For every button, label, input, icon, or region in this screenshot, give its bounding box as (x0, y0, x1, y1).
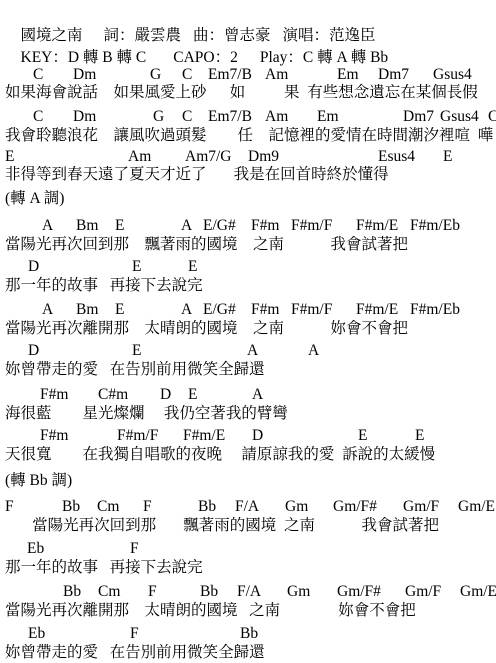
chord: A (181, 301, 192, 319)
chord: F#m (251, 217, 279, 235)
section-marker: (轉 A 調) (5, 190, 64, 208)
chord: Bm (76, 217, 98, 235)
chord: Bb (198, 498, 216, 516)
chord: E/G# (203, 301, 236, 319)
chord: F#m (40, 386, 68, 404)
lyric-line: 那一年的故事 再接下去說完 (5, 277, 203, 295)
chord: E (188, 258, 197, 276)
chord: Em (317, 108, 339, 126)
lyric-line: 如果海會說話 如果風愛上砂 如 果 有些想念遺忘在某個長假 (5, 84, 478, 102)
chord-line: ABmEAE/G#F#mF#m/FF#m/EF#m/Eb (0, 301, 496, 319)
chord: Am (128, 148, 151, 166)
chord: E (358, 427, 367, 445)
chord-line: F#mF#m/FF#m/EDEE (0, 427, 496, 445)
chord-line: EbFBb (0, 625, 496, 643)
chord: F (130, 625, 139, 643)
chord: Dm7 (378, 66, 409, 84)
chord: E (115, 301, 124, 319)
chord: F#m (251, 301, 279, 319)
chord: E (188, 386, 197, 404)
chord: Dm7 (403, 108, 434, 126)
chord: E (5, 148, 14, 166)
lyric-line: 當陽光再次離開那 太晴朗的國境 之南 妳會不會把 (5, 320, 408, 338)
chord: Gm/F# (333, 498, 377, 516)
play-info: Play：C 轉 A 轉 Bb (260, 49, 388, 66)
chord: Gsus4 (440, 108, 479, 126)
chord: F#m/F (117, 427, 158, 445)
chord: Dm9 (248, 148, 279, 166)
chord-line: CDmGCEm7/BAmEmDm7Gsus4C (0, 108, 496, 126)
chord: Gm (285, 498, 308, 516)
chord: C (33, 108, 43, 126)
chord: E (443, 148, 452, 166)
chord-line: FBbCmFBbF/AGmGm/F#Gm/FGm/E (0, 498, 496, 516)
chord-line: ABmEAE/G#F#mF#m/FF#m/EF#m/Eb (0, 217, 496, 235)
chord: Eb (28, 625, 45, 643)
chord: D (28, 258, 39, 276)
chord: C#m (98, 386, 128, 404)
chord: Bb (63, 583, 81, 601)
chord: D (28, 342, 39, 360)
chord-line: BbCmFBbF/AGmGm/F#Gm/FGm/E (0, 583, 496, 601)
chord: G (150, 66, 161, 84)
chord: A (181, 217, 192, 235)
lyric-line: 那一年的故事 再接下去說完 (5, 559, 203, 577)
chord: C (182, 66, 192, 84)
chord: C (33, 66, 43, 84)
chord: F#m/Eb (410, 217, 460, 235)
chord: F/A (235, 498, 259, 516)
chord: Dm (73, 108, 96, 126)
chord: F (5, 498, 14, 516)
chord: Gm (287, 583, 310, 601)
chord: Gm/E (458, 498, 495, 516)
key-info: KEY：D 轉 B 轉 C (21, 49, 147, 66)
chord: F#m/F (291, 217, 332, 235)
chord: E (132, 258, 141, 276)
lyric-line: 當陽光再次離開那 太晴朗的國境 之南 妳會不會把 (5, 602, 416, 620)
chord: A (42, 217, 53, 235)
section-marker: (轉 Bb 調) (5, 472, 72, 490)
chord: Gm/F# (337, 583, 381, 601)
chord: C (182, 108, 192, 126)
chord: Bb (240, 625, 258, 643)
chord-line: EAmAm7/GDm9Esus4E (0, 148, 496, 166)
chord: F (148, 583, 157, 601)
chord: Gm/E (460, 583, 496, 601)
chord: Cm (98, 583, 120, 601)
chord-line: DEAA (0, 342, 496, 360)
chord: A (247, 342, 258, 360)
chord-line: CDmGCEm7/BAmEmDm7Gsus4 (0, 66, 496, 84)
chord: Dm (73, 66, 96, 84)
chord: A (308, 342, 319, 360)
lyric-line: 當陽光再次回到那 飄著雨的國境 之南 我會試著把 (5, 236, 408, 254)
chord: Gm/F (403, 498, 439, 516)
chord-line: DEE (0, 258, 496, 276)
chord-sheet: 國境之南詞：嚴雲農曲：曾志豪演唱：范逸臣 KEY：D 轉 B 轉 CCAPO：2… (0, 0, 496, 663)
chord: Cm (97, 498, 119, 516)
chord: F (130, 540, 139, 558)
chord: E (115, 217, 124, 235)
chord: F#m/Eb (410, 301, 460, 319)
chord: G (153, 108, 164, 126)
chord: Am (265, 108, 288, 126)
chord: F (143, 498, 152, 516)
lyric-line: 妳曾帶走的愛 在告別前用微笑全歸還 (5, 361, 265, 379)
lyric-line: 我會聆聽浪花 讓風吹過頭髮 任 記憶裡的愛情在時間潮汐裡喧 嘩 (5, 127, 493, 145)
lyric-line: 非得等到春天遠了夏天才近了 我是在回首時終於懂得 (5, 166, 389, 184)
chord: Bm (76, 301, 98, 319)
chord: Gm/F (405, 583, 441, 601)
chord: Bb (62, 498, 80, 516)
chord: E (415, 427, 424, 445)
chord: Gsus4 (433, 66, 472, 84)
capo-info: CAPO：2 (173, 49, 238, 66)
chord: Bb (200, 583, 218, 601)
lyric-line: 海很藍 星光燦爛 我仍空著我的臂彎 (5, 405, 288, 423)
chord: Esus4 (378, 148, 415, 166)
lyric-line: 天很寬 在我獨自唱歌的夜晚 請原諒我的愛 訴說的太緩慢 (5, 446, 435, 464)
chord: F#m/E (183, 427, 225, 445)
chord: D (160, 386, 171, 404)
chord: E/G# (203, 217, 236, 235)
chord: F#m/E (356, 301, 398, 319)
lyric-line: 妳曾帶走的愛 在告別前用微笑全歸還 (5, 644, 265, 662)
chord: Em (337, 66, 359, 84)
chord: Eb (27, 540, 44, 558)
chord: A (252, 386, 263, 404)
chord: E (132, 342, 141, 360)
chord: Am7/G (185, 148, 232, 166)
chord: F#m/F (291, 301, 332, 319)
chord: Am (265, 66, 288, 84)
chord: Em7/B (208, 66, 252, 84)
chord: F#m/E (356, 217, 398, 235)
chord: A (42, 301, 53, 319)
chord-line: F#mC#mDEA (0, 386, 496, 404)
chord: Em7/B (208, 108, 252, 126)
chord: C (488, 108, 496, 126)
chord: D (252, 427, 263, 445)
chord-line: EbF (0, 540, 496, 558)
chord: F#m (40, 427, 68, 445)
chord: F/A (237, 583, 261, 601)
lyric-line: 當陽光再次回到那 飄著雨的國境 之南 我會試著把 (5, 517, 439, 535)
